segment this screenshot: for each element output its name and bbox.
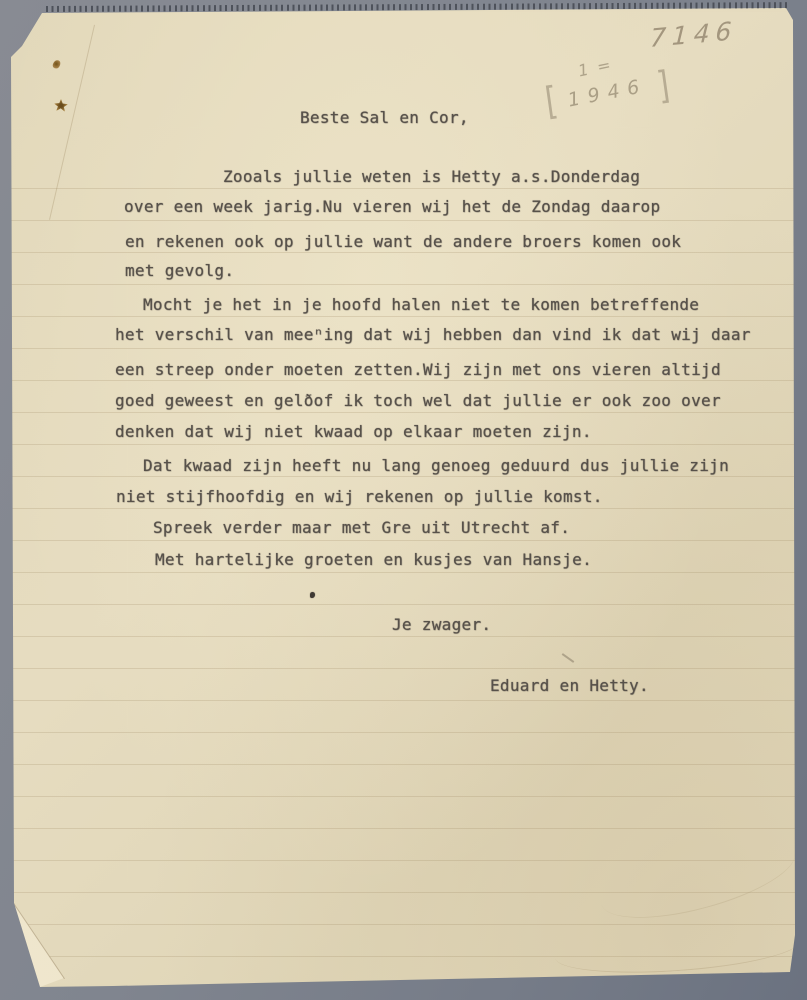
letter-line: Beste Sal en Cor, — [300, 110, 469, 126]
letter-line: Mocht je het in je hoofd halen niet te k… — [143, 297, 699, 313]
letter-line: Je zwager. — [392, 617, 491, 633]
letter-paper: Beste Sal en Cor,Zooals jullie weten is … — [0, 0, 807, 1000]
letter-line: Met hartelijke groeten en kusjes van Han… — [155, 552, 592, 568]
letter-line: het verschil van meeⁿing dat wij hebben … — [115, 327, 751, 343]
letter-line: Dat kwaad zijn heeft nu lang genoeg gedu… — [143, 458, 729, 474]
letter-line: denken dat wij niet kwaad op elkaar moet… — [115, 424, 592, 440]
scan-background: Beste Sal en Cor,Zooals jullie weten is … — [0, 0, 807, 1000]
bracket-open-mark: [ — [542, 78, 560, 123]
letter-line: Spreek verder maar met Gre uit Utrecht a… — [153, 520, 570, 536]
letter-line: met gevolg. — [125, 263, 234, 279]
letter-line: goed geweest en gelðof ik toch wel dat j… — [115, 393, 721, 409]
letter-line: Zooals jullie weten is Hetty a.s.Donderd… — [223, 169, 640, 185]
year-text: 1946 — [566, 75, 649, 112]
letter-line: over een week jarig.Nu vieren wij het de… — [124, 199, 660, 215]
letter-line: een streep onder moeten zetten.Wij zijn … — [115, 362, 721, 378]
letter-line: Eduard en Hetty. — [490, 678, 649, 694]
letter-body: Beste Sal en Cor,Zooals jullie weten is … — [0, 0, 807, 1000]
letter-line: en rekenen ook op jullie want de andere … — [125, 234, 681, 250]
letter-line: niet stijfhoofdig en wij rekenen op jull… — [116, 489, 603, 505]
